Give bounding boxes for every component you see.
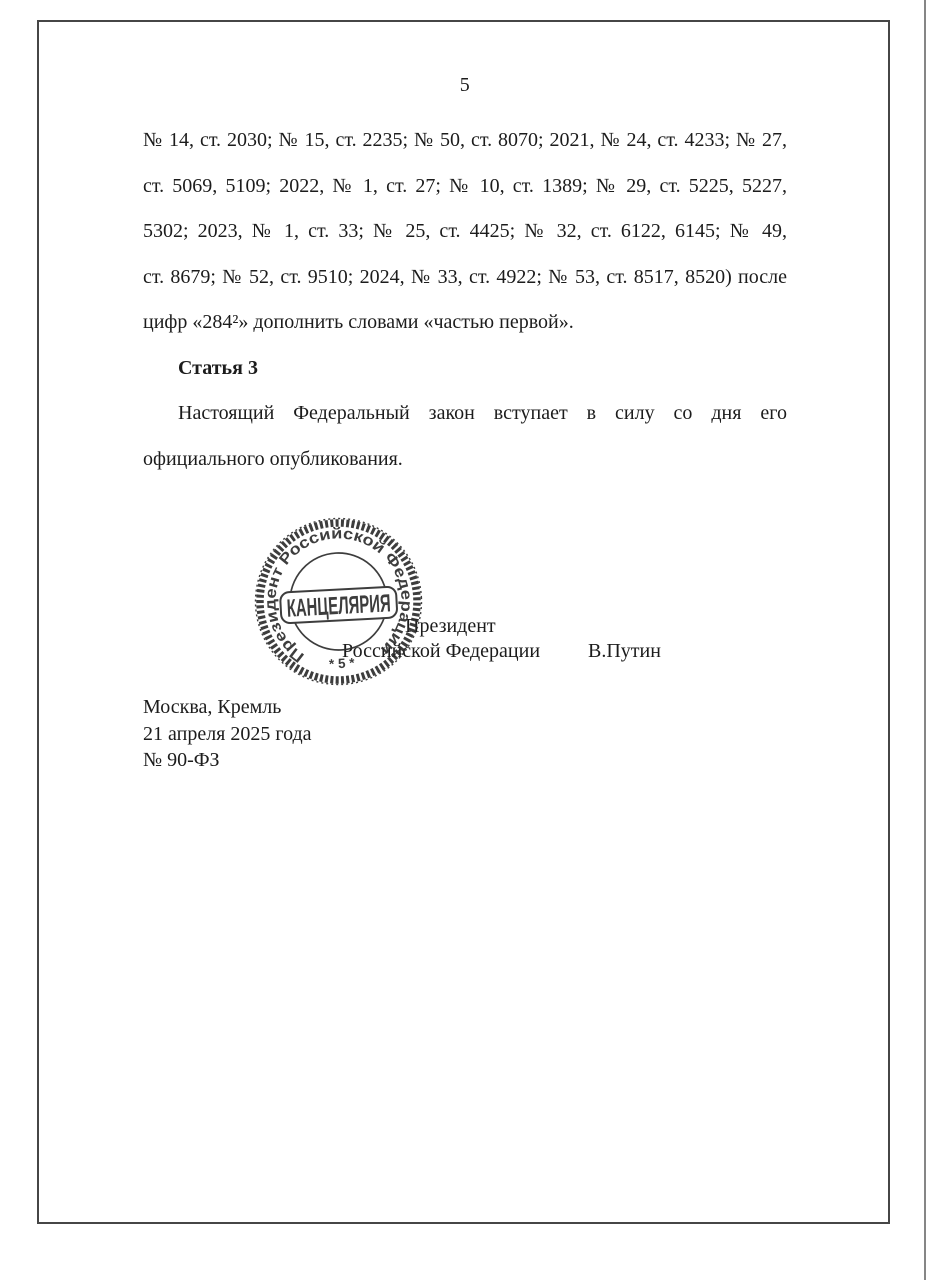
body-line: ст. 5069, 5109; 2022, № 1, ст. 27; № 10,…: [143, 164, 787, 210]
body-line: Настоящий Федеральный закон вступает в с…: [143, 391, 787, 437]
body-line: № 14, ст. 2030; № 15, ст. 2235; № 50, ст…: [143, 118, 787, 164]
footer-place: Москва, Кремль: [143, 694, 312, 721]
footer-number: № 90-ФЗ: [143, 747, 312, 774]
document-page: 5 № 14, ст. 2030; № 15, ст. 2235; № 50, …: [0, 0, 927, 1280]
chancellery-stamp: Президент Российской Федерации * 5 * КАН…: [254, 517, 423, 686]
article-heading: Статья 3: [143, 346, 787, 392]
scan-right-edge: [924, 0, 926, 1280]
body-line: официального опубликования.: [143, 437, 787, 483]
page-number: 5: [143, 74, 787, 97]
stamp-number-text: * 5 *: [329, 655, 356, 671]
signature-name: В.Путин: [588, 640, 661, 662]
signature-footer: Москва, Кремль 21 апреля 2025 года № 90-…: [143, 694, 312, 774]
body-line: 5302; 2023, № 1, ст. 33; № 25, ст. 4425;…: [143, 209, 787, 255]
document-body: № 14, ст. 2030; № 15, ст. 2235; № 50, ст…: [143, 118, 787, 482]
body-line: цифр «284²» дополнить словами «частью пе…: [143, 300, 787, 346]
footer-date: 21 апреля 2025 года: [143, 721, 312, 748]
body-line: ст. 8679; № 52, ст. 9510; 2024, № 33, ст…: [143, 255, 787, 301]
stamp-seal-icon: Президент Российской Федерации * 5 * КАН…: [254, 517, 423, 686]
stamp-center-text: КАНЦЕЛЯРИЯ: [286, 589, 391, 622]
